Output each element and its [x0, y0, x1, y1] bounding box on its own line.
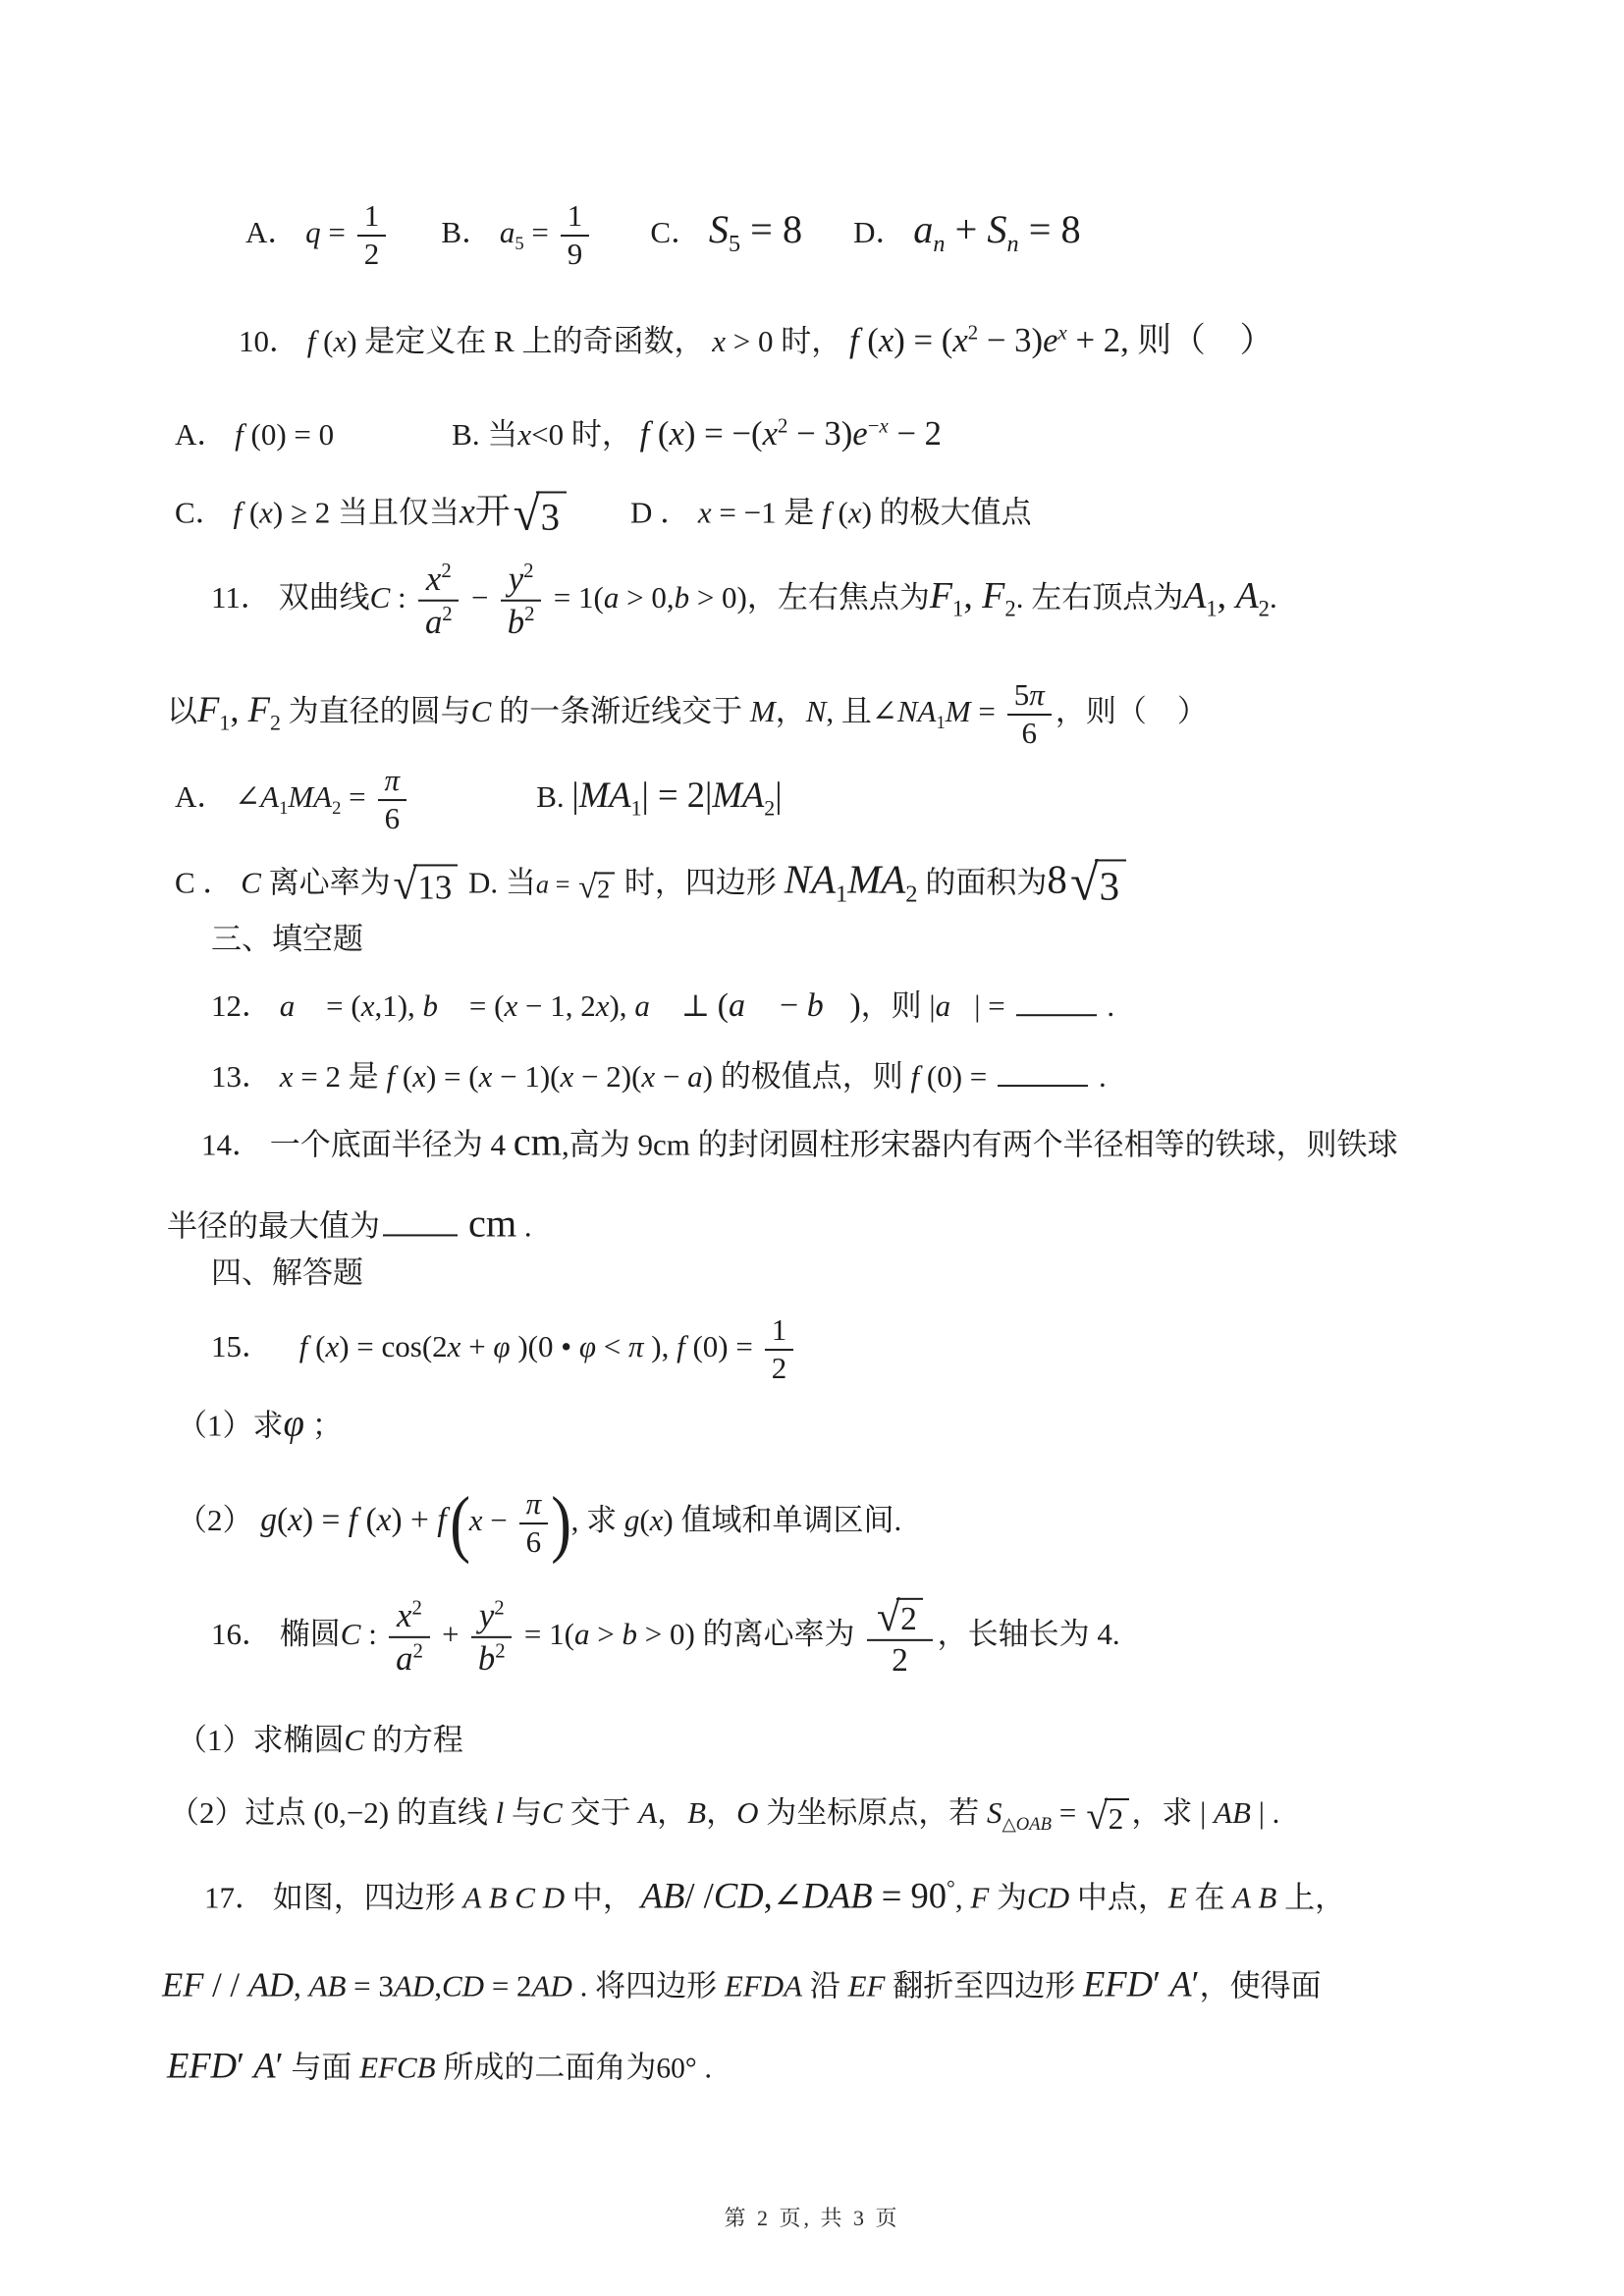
- subscript: 2: [905, 881, 917, 908]
- math-var: x: [377, 1502, 392, 1538]
- math-var: g: [624, 1503, 640, 1537]
- math-var: x: [670, 414, 684, 453]
- math-var: f: [387, 1059, 396, 1094]
- math-var: b⃗: [807, 988, 850, 1024]
- fraction-denominator: a2: [396, 1638, 423, 1678]
- sqrt: √3: [1070, 860, 1126, 912]
- math-run: g(x) = f (x) + f: [260, 1502, 446, 1538]
- fraction-denominator: 2: [892, 1640, 908, 1679]
- math-run: .: [1100, 988, 1115, 1023]
- math-var: π: [526, 1486, 542, 1521]
- fraction: π6: [519, 1487, 548, 1560]
- math-run: ，求 | AB | .: [1131, 1795, 1279, 1830]
- math-run: 时，四边形: [617, 865, 785, 899]
- math-run: 14． 一个底面半径为 4: [201, 1127, 514, 1161]
- math-run: ，则 |a⃗| =: [861, 988, 1013, 1023]
- math-var: x: [1058, 320, 1067, 344]
- math-var: a: [913, 207, 933, 251]
- math-run: x −: [469, 1503, 515, 1537]
- blank-underline: [1016, 997, 1097, 1016]
- fraction-numerator: 1: [765, 1313, 793, 1351]
- math-run: f (x) = cos(2x + φ )(0 • φ < π ), f (0) …: [299, 1329, 761, 1363]
- math-run: B．: [441, 215, 499, 249]
- q14-line2: 半径的最大值为 cm .: [167, 1199, 532, 1247]
- sqrt: √2: [1086, 1798, 1128, 1838]
- q14-line1: 14． 一个底面半径为 4 cm,高为 9cm 的封闭圆柱形宋器内有两个半径相等…: [201, 1117, 1398, 1165]
- math-run: [460, 1208, 468, 1243]
- sqrt-body: 3: [1095, 860, 1127, 912]
- big-paren: (: [450, 1493, 470, 1554]
- sqrt: √2: [877, 1598, 923, 1637]
- subscript: 2: [1004, 597, 1015, 621]
- fraction-numerator: y2: [501, 561, 541, 602]
- math-var: x: [561, 1059, 574, 1094]
- math-var: A: [638, 1795, 657, 1830]
- math-var: x: [641, 1059, 655, 1094]
- blank-underline: [998, 1068, 1088, 1087]
- math-var: NA: [785, 857, 836, 901]
- math-run: F1, F2: [930, 575, 1016, 616]
- subscript: 2: [270, 710, 281, 734]
- fraction-denominator: b2: [508, 602, 535, 641]
- q15-part1: （1）求φ ；: [177, 1400, 343, 1446]
- superscript: 2: [442, 602, 452, 625]
- fraction-numerator: 1: [561, 199, 589, 237]
- math-var: CD: [442, 1969, 484, 2003]
- math-var: φ: [493, 1329, 510, 1363]
- math-var: a: [425, 602, 442, 640]
- math-var: π: [1029, 677, 1045, 712]
- math-run: B. 当x<0 时，: [452, 417, 639, 452]
- superscript: 2: [778, 413, 787, 437]
- math-var: x: [952, 321, 967, 359]
- math-run: D ． x = −1 是 f (x) 的极大值点: [630, 496, 1032, 530]
- math-run: C．: [650, 215, 708, 249]
- math-var: AB: [1214, 1795, 1251, 1830]
- math-var: EFDA: [725, 1969, 802, 2003]
- math-var: f: [640, 414, 650, 453]
- math-var: f: [677, 1329, 685, 1363]
- math-var: x: [650, 1503, 664, 1537]
- subscript: n: [1007, 231, 1019, 257]
- fraction-denominator: 9: [568, 237, 583, 272]
- math-var: b⃗: [423, 988, 462, 1023]
- q10-options-cd: C． f (x) ≥ 2 当且仅当x开√3D ． x = −1 是 f (x) …: [175, 491, 1032, 541]
- math-run: EF / / AD: [162, 1966, 294, 2004]
- math-var: F: [930, 575, 952, 616]
- fraction: 12: [357, 199, 386, 272]
- math-var: x: [517, 417, 531, 452]
- math-var: n: [933, 231, 945, 257]
- math-var: a: [604, 580, 620, 614]
- math-var: x: [479, 1059, 493, 1094]
- math-var: MA: [579, 774, 631, 815]
- fraction-denominator: 2: [364, 237, 380, 272]
- math-var: a: [687, 1059, 703, 1094]
- q13: 13． x = 2 是 f (x) = (x − 1)(x − 2)(x − a…: [211, 1058, 1107, 1095]
- q10-stem: 10． f (x) 是定义在 R 上的奇函数， x > 0 时， f (x) =…: [239, 320, 1273, 361]
- math-run: A． f (0) = 0: [175, 417, 334, 452]
- math-var: a⃗: [729, 988, 772, 1024]
- math-run: NA1MA2: [785, 857, 918, 901]
- math-var: x: [426, 560, 441, 598]
- math-run: f (x) = (x2 − 3)ex + 2, 则（ ）: [849, 321, 1273, 359]
- math-var: O: [736, 1795, 758, 1830]
- math-run: （1）求椭圆C 的方程: [177, 1723, 463, 1757]
- q16-stem: 16． 椭圆C : x2a2 + y2b2 = 1(a > b > 0) 的离心…: [211, 1596, 1120, 1679]
- math-var: MA: [712, 774, 764, 815]
- subscript: 2: [332, 798, 341, 819]
- math-var: x: [361, 988, 375, 1023]
- math-var: S: [709, 207, 729, 251]
- math-run: q =: [305, 215, 352, 249]
- math-var: b: [622, 1617, 637, 1651]
- math-run: ，使得面: [1200, 1969, 1322, 2003]
- superscript: 2: [412, 1638, 422, 1662]
- math-run: (a⃗ − b⃗): [718, 988, 861, 1024]
- math-var: AB: [641, 1876, 685, 1916]
- math-run: −: [463, 580, 496, 614]
- math-var: MA: [288, 779, 332, 814]
- math-run: x开: [460, 492, 510, 531]
- subscript: 1: [936, 713, 945, 733]
- math-var: b: [508, 602, 524, 640]
- math-var: y: [509, 560, 523, 598]
- subscript: 2: [1259, 597, 1270, 621]
- math-run: C ． C 离心率为: [175, 865, 391, 899]
- math-run: D．: [853, 215, 913, 249]
- math-var: g: [260, 1502, 277, 1538]
- blank-underline: [383, 1217, 458, 1236]
- math-run: +: [434, 1617, 466, 1651]
- fraction: 12: [765, 1313, 793, 1386]
- math-var: NA: [897, 694, 937, 728]
- q10-options-ab: A． f (0) = 0B. 当x<0 时， f (x) = −(x2 − 3)…: [175, 413, 942, 454]
- math-var: l: [496, 1795, 505, 1830]
- math-run: 8: [1047, 857, 1066, 901]
- math-var: F: [248, 689, 270, 729]
- fraction-numerator: √2: [867, 1596, 933, 1641]
- math-var: f: [849, 321, 859, 359]
- math-run: A．: [245, 215, 305, 249]
- sqrt-body: 2: [1105, 1798, 1129, 1838]
- math-var: EFCB: [359, 2051, 436, 2085]
- math-var: AB: [309, 1969, 347, 2003]
- math-var: f: [349, 1502, 357, 1538]
- math-var: y: [479, 1596, 494, 1634]
- math-run: .: [1270, 580, 1277, 614]
- fraction-denominator: b2: [478, 1638, 506, 1678]
- math-run: 17． 如图，四边形 A B C D 中，: [204, 1881, 641, 1915]
- math-run: , F 为CD 中点，E 在 A B 上，: [955, 1881, 1345, 1915]
- math-run: ，则（ ）: [1056, 694, 1208, 728]
- math-var: B: [687, 1795, 706, 1830]
- math-run: = 1(a > 0,b > 0)，左右焦点为: [546, 580, 930, 614]
- math-run: an + Sn = 8: [913, 207, 1080, 251]
- math-var: AD: [532, 1969, 572, 2003]
- fraction-numerator: y2: [471, 1597, 512, 1638]
- math-run: a5 =: [500, 215, 557, 249]
- superscript: 2: [411, 1595, 421, 1619]
- math-var: x: [325, 1329, 339, 1363]
- math-run: 13． x = 2 是 f (x) = (x − 1)(x − 2)(x − a…: [211, 1059, 995, 1094]
- q9-options-row: A． q = 12B． a5 = 19C． S5 = 8D． an + Sn =…: [245, 199, 1081, 272]
- math-var: A: [253, 2046, 275, 2086]
- section-free-response: 四、解答题: [211, 1255, 363, 1292]
- math-run: A． ∠A1MA2 =: [175, 779, 373, 814]
- math-run: φ: [284, 1402, 304, 1444]
- math-var: A: [260, 779, 279, 814]
- superscript: °: [947, 1876, 955, 1900]
- math-var: f: [299, 1329, 308, 1363]
- math-var: C: [471, 694, 492, 728]
- math-var: x: [280, 1059, 294, 1094]
- math-var: x: [333, 324, 347, 358]
- math-var: b: [478, 1638, 495, 1677]
- math-var: x: [397, 1596, 411, 1634]
- math-var: x: [848, 496, 862, 530]
- math-run: ；: [304, 1408, 343, 1442]
- math-var: M: [750, 694, 776, 728]
- math-var: x: [460, 492, 475, 531]
- math-var: x: [288, 1502, 302, 1538]
- math-var: a: [574, 1617, 590, 1651]
- q17-line3: EFD′ A′ 与面 EFCB 所成的二面角为60° .: [167, 2045, 712, 2089]
- math-var: DAB: [802, 1876, 872, 1916]
- math-run: a =: [536, 870, 576, 898]
- math-var: CD: [1027, 1881, 1069, 1915]
- math-var: a⃗: [280, 988, 319, 1023]
- math-var: C: [341, 1617, 361, 1651]
- math-var: a: [396, 1638, 412, 1677]
- math-var: x: [448, 1329, 461, 1363]
- subscript: 1: [952, 597, 963, 621]
- math-run: . 左右顶点为: [1016, 580, 1184, 614]
- math-run: 12． a⃗ = (x,1), b⃗ = (x − 1, 2x), a⃗ ⊥: [211, 988, 718, 1023]
- q15-stem: 15． f (x) = cos(2x + φ )(0 • φ < π ), f …: [211, 1313, 797, 1386]
- math-var: f: [307, 324, 316, 358]
- math-run: 以: [167, 694, 197, 728]
- subscript: 1: [279, 798, 288, 819]
- math-run: 三、填空题: [211, 922, 363, 956]
- math-var: a⃗: [936, 988, 975, 1023]
- q12: 12． a⃗ = (x,1), b⃗ = (x − 1, 2x), a⃗ ⊥ (…: [211, 986, 1114, 1027]
- fraction: 5π6: [1007, 678, 1052, 751]
- fraction-numerator: 5π: [1007, 678, 1052, 716]
- math-run: 与面 EFCB 所成的二面角为: [284, 2051, 657, 2085]
- math-var: A B C D: [463, 1881, 566, 1915]
- math-var: F: [970, 1881, 989, 1915]
- math-run: 15．: [211, 1329, 280, 1363]
- math-var: x: [698, 496, 712, 530]
- math-run: EFD′ A′: [167, 2046, 284, 2086]
- math-var: AD: [248, 1966, 294, 2004]
- math-run: （2）过点 (0,−2) 的直线 l 与C 交于 A，B，O 为坐标原点，若 S…: [169, 1795, 1084, 1830]
- math-run: f (x) 是定义在 R 上的奇函数， x > 0 时，: [307, 324, 849, 358]
- fraction-denominator: 6: [1022, 716, 1038, 751]
- subscript: n: [933, 231, 945, 257]
- math-var: F: [982, 575, 1004, 616]
- math-var: e: [852, 414, 867, 453]
- fraction-denominator: 6: [385, 801, 401, 836]
- math-var: EF: [848, 1969, 886, 2003]
- fraction: y2b2: [501, 561, 541, 642]
- superscript: 2: [524, 602, 534, 625]
- page-number-footer: 第 2 页, 共 3 页: [0, 2202, 1624, 2232]
- math-var: n: [1007, 231, 1019, 257]
- math-var: EFD: [1083, 1964, 1153, 2004]
- fraction: x2a2: [389, 1597, 429, 1679]
- q17-line2: EF / / AD, AB = 3AD,CD = 2AD . 将四边形 EFDA…: [162, 1963, 1322, 2007]
- math-run: EFD′ A′: [1083, 1964, 1200, 2004]
- math-var: f: [437, 1502, 446, 1538]
- superscript: x: [1058, 320, 1067, 344]
- subscript: 1: [219, 710, 230, 734]
- subscript: 5: [729, 231, 740, 257]
- fraction-denominator: 6: [526, 1524, 542, 1560]
- math-run: 的面积为: [918, 865, 1048, 899]
- math-var: EF: [162, 1966, 203, 2004]
- math-var: C: [542, 1795, 563, 1830]
- math-var: a: [500, 215, 515, 249]
- math-run: , AB = 3AD,CD = 2AD . 将四边形 EFDA 沿 EF 翻折至…: [294, 1969, 1083, 2003]
- fraction-numerator: x2: [389, 1597, 429, 1638]
- math-var: x: [469, 1503, 483, 1537]
- fraction: 19: [561, 199, 589, 272]
- fraction: π6: [378, 764, 406, 836]
- math-run: S5 = 8: [709, 207, 802, 251]
- fraction-numerator: π: [378, 764, 406, 801]
- fraction-denominator: a2: [425, 602, 453, 641]
- math-run: （1）求: [177, 1408, 284, 1442]
- subscript: 1: [631, 795, 642, 820]
- math-run: f (x) = −(x2 − 3)e−x − 2: [640, 414, 942, 453]
- fraction: y2b2: [471, 1597, 512, 1679]
- math-var: φ: [579, 1329, 596, 1363]
- math-run: ,高为 9cm 的封闭圆柱形宋器内有两个半径相等的铁球，则铁球: [562, 1127, 1398, 1161]
- q15-part2: （2） g(x) = f (x) + f(x − π6), 求 g(x) 值域和…: [177, 1487, 901, 1560]
- q11-stem-line1: 11． 双曲线C : x2a2 − y2b2 = 1(a > 0,b > 0)，…: [211, 561, 1277, 642]
- math-var: π: [628, 1329, 644, 1363]
- math-run: cm: [468, 1201, 516, 1245]
- math-var: x: [879, 321, 893, 359]
- math-run: 10．: [239, 324, 307, 358]
- math-var: A B: [1232, 1881, 1276, 1915]
- sqrt: √2: [578, 872, 615, 906]
- math-run: 半径的最大值为: [167, 1208, 380, 1243]
- math-var: M: [946, 694, 971, 728]
- math-var: MA: [847, 857, 905, 901]
- fraction-numerator: π: [519, 1487, 548, 1524]
- math-run: B.: [536, 779, 571, 814]
- big-paren: ): [552, 1493, 572, 1554]
- math-var: a: [536, 870, 549, 898]
- q11-stem-line2: 以F1, F2 为直径的圆与C 的一条渐近线交于 M，N, 且∠NA1M = 5…: [167, 678, 1208, 751]
- fraction-denominator: 2: [772, 1351, 787, 1386]
- math-run: |MA1| = 2|MA2|: [571, 774, 782, 815]
- q16-part2: （2）过点 (0,−2) 的直线 l 与C 交于 A，B，O 为坐标原点，若 S…: [169, 1794, 1279, 1838]
- math-run: .: [516, 1208, 532, 1243]
- q11-options-cd: C ． C 离心率为√13 D. 当a = √2 时，四边形 NA1MA2 的面…: [175, 855, 1130, 911]
- math-run: = 1(a > b > 0) 的离心率为: [516, 1617, 862, 1651]
- math-run: , 求 g(x) 值域和单调区间.: [571, 1503, 902, 1537]
- fraction: √22: [867, 1596, 933, 1679]
- math-var: φ: [284, 1402, 304, 1444]
- math-run: ，长轴长为 4.: [938, 1617, 1120, 1651]
- math-var: AD: [394, 1969, 434, 2003]
- math-run: .: [697, 2051, 713, 2085]
- math-var: x: [504, 988, 517, 1023]
- math-run: AB/ /CD,∠DAB = 90°: [641, 1876, 955, 1916]
- subscript: △OAB: [1001, 1814, 1051, 1835]
- math-var: A: [1236, 575, 1259, 616]
- math-var: S: [987, 1795, 1002, 1830]
- subscript: 1: [1206, 597, 1217, 621]
- math-run: F1, F2: [197, 689, 281, 729]
- math-var: CD: [714, 1876, 764, 1916]
- fraction-numerator: x2: [418, 561, 459, 602]
- math-var: e: [1043, 321, 1057, 359]
- math-run: （2）: [177, 1503, 260, 1537]
- math-var: f: [822, 496, 831, 530]
- math-var: q: [305, 215, 321, 249]
- sqrt-body: 2: [896, 1598, 923, 1637]
- sqrt-body: 2: [594, 872, 615, 906]
- math-run: cm: [514, 1119, 562, 1163]
- q11-options-ab: A． ∠A1MA2 = π6B. |MA1| = 2|MA2|: [175, 764, 783, 836]
- math-var: x: [412, 1059, 426, 1094]
- superscript: 2: [494, 1595, 504, 1619]
- superscript: 2: [495, 1638, 505, 1662]
- math-var: x: [763, 414, 778, 453]
- sqrt-body: 13: [413, 865, 458, 909]
- math-var: b: [675, 580, 690, 614]
- math-var: π: [385, 763, 401, 797]
- q17-line1: 17． 如图，四边形 A B C D 中， AB/ /CD,∠DAB = 90°…: [204, 1875, 1345, 1919]
- math-run: A1, A2: [1183, 575, 1270, 616]
- superscript: 2: [441, 559, 451, 582]
- math-var: x: [596, 988, 610, 1023]
- math-run: 16． 椭圆C :: [211, 1617, 385, 1651]
- math-run: 四、解答题: [211, 1255, 363, 1290]
- math-var: A: [1183, 575, 1206, 616]
- subscript: 2: [764, 795, 775, 820]
- q16-part1: （1）求椭圆C 的方程: [177, 1722, 463, 1759]
- math-run: 为直径的圆与C 的一条渐近线交于 M，N, 且∠NA1M =: [281, 694, 1003, 728]
- superscript: 2: [968, 320, 978, 344]
- fraction: x2a2: [418, 561, 459, 642]
- math-var: E: [1168, 1881, 1187, 1915]
- math-var: A: [1169, 1964, 1191, 2004]
- math-var: f: [233, 496, 242, 530]
- sqrt: √3: [514, 491, 567, 540]
- math-var: C: [370, 580, 391, 614]
- subscript: 5: [514, 234, 523, 254]
- math-var: C: [345, 1723, 365, 1757]
- math-run: D. 当: [460, 865, 536, 899]
- math-var: x: [712, 324, 726, 358]
- subscript: 1: [836, 881, 847, 908]
- math-var: x: [259, 496, 273, 530]
- sqrt-body: 3: [536, 491, 567, 540]
- math-var: F: [197, 689, 219, 729]
- math-run: C． f (x) ≥ 2 当且仅当: [175, 496, 460, 530]
- superscript: 2: [523, 559, 533, 582]
- math-var: OAB: [1016, 1814, 1052, 1835]
- section-fill-in-blanks: 三、填空题: [211, 921, 363, 958]
- math-run: 11． 双曲线C :: [211, 580, 413, 614]
- math-run: .: [1091, 1059, 1107, 1094]
